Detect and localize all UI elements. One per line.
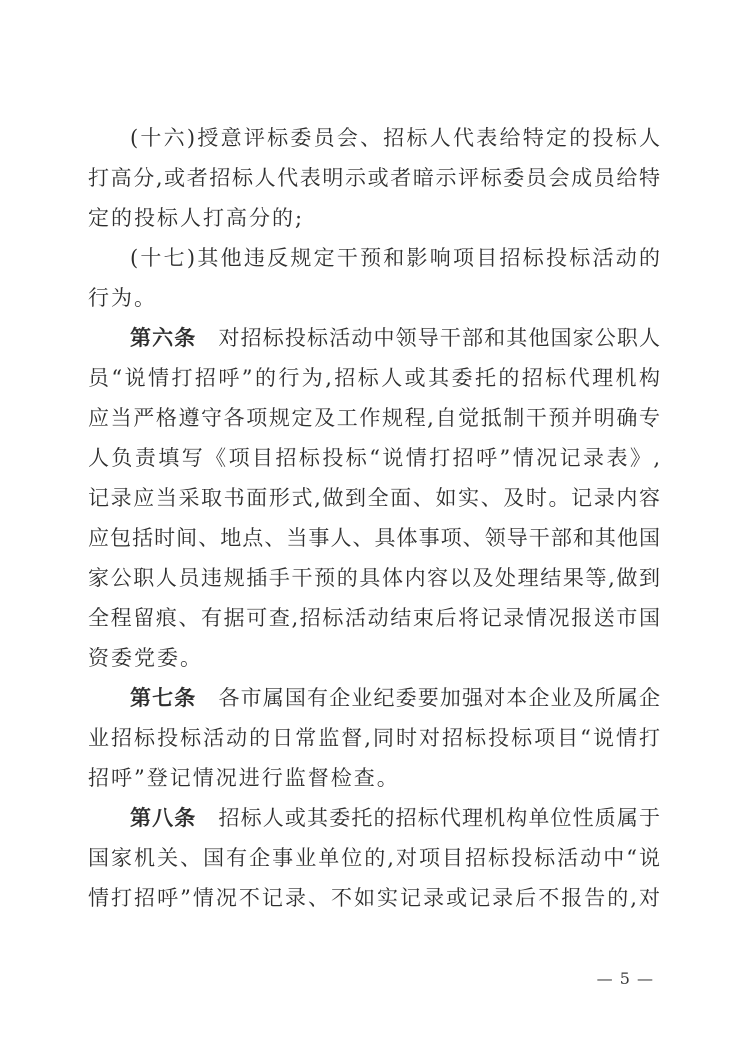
text-line: 家公职人员违规插手干预的具体内容以及处理结果等,做到 [88,558,660,598]
text-line: (十七)其他违反规定干预和影响项目招标投标活动的 [88,238,660,278]
text-line: 员“说情打招呼”的行为,招标人或其委托的招标代理机构 [88,358,660,398]
text-line: 招呼”登记情况进行监督检查。 [88,758,660,798]
text-line: 国家机关、国有企事业单位的,对项目招标投标活动中“说 [88,838,660,878]
text-line: 打高分,或者招标人代表明示或者暗示评标委员会成员给特 [88,158,660,198]
document-page: (十六)授意评标委员会、招标人代表给特定的投标人打高分,或者招标人代表明示或者暗… [0,0,744,1053]
text-segment: 全程留痕、有据可查,招标活动结束后将记录情况报送市国 [88,606,660,630]
text-line: 人负责填写《项目招标投标“说情打招呼”情况记录表》, [88,438,660,478]
text-segment: 应当严格遵守各项规定及工作规程,自觉抵制干预并明确专 [88,406,660,430]
text-line: 行为。 [88,278,660,318]
text-segment: 行为。 [88,286,157,310]
text-line: (十六)授意评标委员会、招标人代表给特定的投标人 [88,118,660,158]
paragraph: (十七)其他违反规定干预和影响项目招标投标活动的行为。 [88,238,660,318]
text-line: 情打招呼”情况不记录、不如实记录或记录后不报告的,对 [88,878,660,918]
article-number: 第七条 [130,685,196,710]
text-line: 业招标投标活动的日常监督,同时对招标投标项目“说情打 [88,718,660,758]
text-line: 第七条 各市属国有企业纪委要加强对本企业及所属企 [88,678,660,718]
text-segment: 家公职人员违规插手干预的具体内容以及处理结果等,做到 [88,566,660,590]
article-number: 第六条 [130,325,196,350]
text-segment: (十六)授意评标委员会、招标人代表给特定的投标人 [130,126,660,150]
paragraph: (十六)授意评标委员会、招标人代表给特定的投标人打高分,或者招标人代表明示或者暗… [88,118,660,238]
text-line: 第八条 招标人或其委托的招标代理机构单位性质属于 [88,798,660,838]
text-segment: 员“说情打招呼”的行为,招标人或其委托的招标代理机构 [88,366,660,390]
text-line: 第六条 对招标投标活动中领导干部和其他国家公职人 [88,318,660,358]
text-segment: 招呼”登记情况进行监督检查。 [88,766,400,790]
text-segment: 打高分,或者招标人代表明示或者暗示评标委员会成员给特 [88,166,660,190]
text-line: 记录应当采取书面形式,做到全面、如实、及时。记录内容 [88,478,660,518]
article-number: 第八条 [130,805,196,830]
paragraph: 第六条 对招标投标活动中领导干部和其他国家公职人员“说情打招呼”的行为,招标人或… [88,318,660,678]
paragraph: 第八条 招标人或其委托的招标代理机构单位性质属于国家机关、国有企事业单位的,对项… [88,798,660,918]
text-segment: 记录应当采取书面形式,做到全面、如实、及时。记录内容 [88,486,660,510]
paragraph: 第七条 各市属国有企业纪委要加强对本企业及所属企业招标投标活动的日常监督,同时对… [88,678,660,798]
text-segment: (十七)其他违反规定干预和影响项目招标投标活动的 [130,246,660,270]
text-line: 应当严格遵守各项规定及工作规程,自觉抵制干预并明确专 [88,398,660,438]
text-segment: 定的投标人打高分的; [88,206,304,230]
text-segment: 资委党委。 [88,646,203,670]
text-segment: 招标人或其委托的招标代理机构单位性质属于 [196,806,660,830]
document-body: (十六)授意评标委员会、招标人代表给特定的投标人打高分,或者招标人代表明示或者暗… [88,118,660,918]
text-segment: 应包括时间、地点、当事人、具体事项、领导干部和其他国 [88,526,660,550]
text-segment: 人负责填写《项目招标投标“说情打招呼”情况记录表》, [88,446,660,470]
text-line: 应包括时间、地点、当事人、具体事项、领导干部和其他国 [88,518,660,558]
text-segment: 业招标投标活动的日常监督,同时对招标投标项目“说情打 [88,726,660,750]
text-segment: 情打招呼”情况不记录、不如实记录或记录后不报告的,对 [88,886,660,910]
text-line: 定的投标人打高分的; [88,198,660,238]
text-line: 资委党委。 [88,638,660,678]
text-segment: 各市属国有企业纪委要加强对本企业及所属企 [196,686,660,710]
page-number: — 5 — [597,969,654,989]
text-line: 全程留痕、有据可查,招标活动结束后将记录情况报送市国 [88,598,660,638]
text-segment: 对招标投标活动中领导干部和其他国家公职人 [196,326,660,350]
text-segment: 国家机关、国有企事业单位的,对项目招标投标活动中“说 [88,846,660,870]
